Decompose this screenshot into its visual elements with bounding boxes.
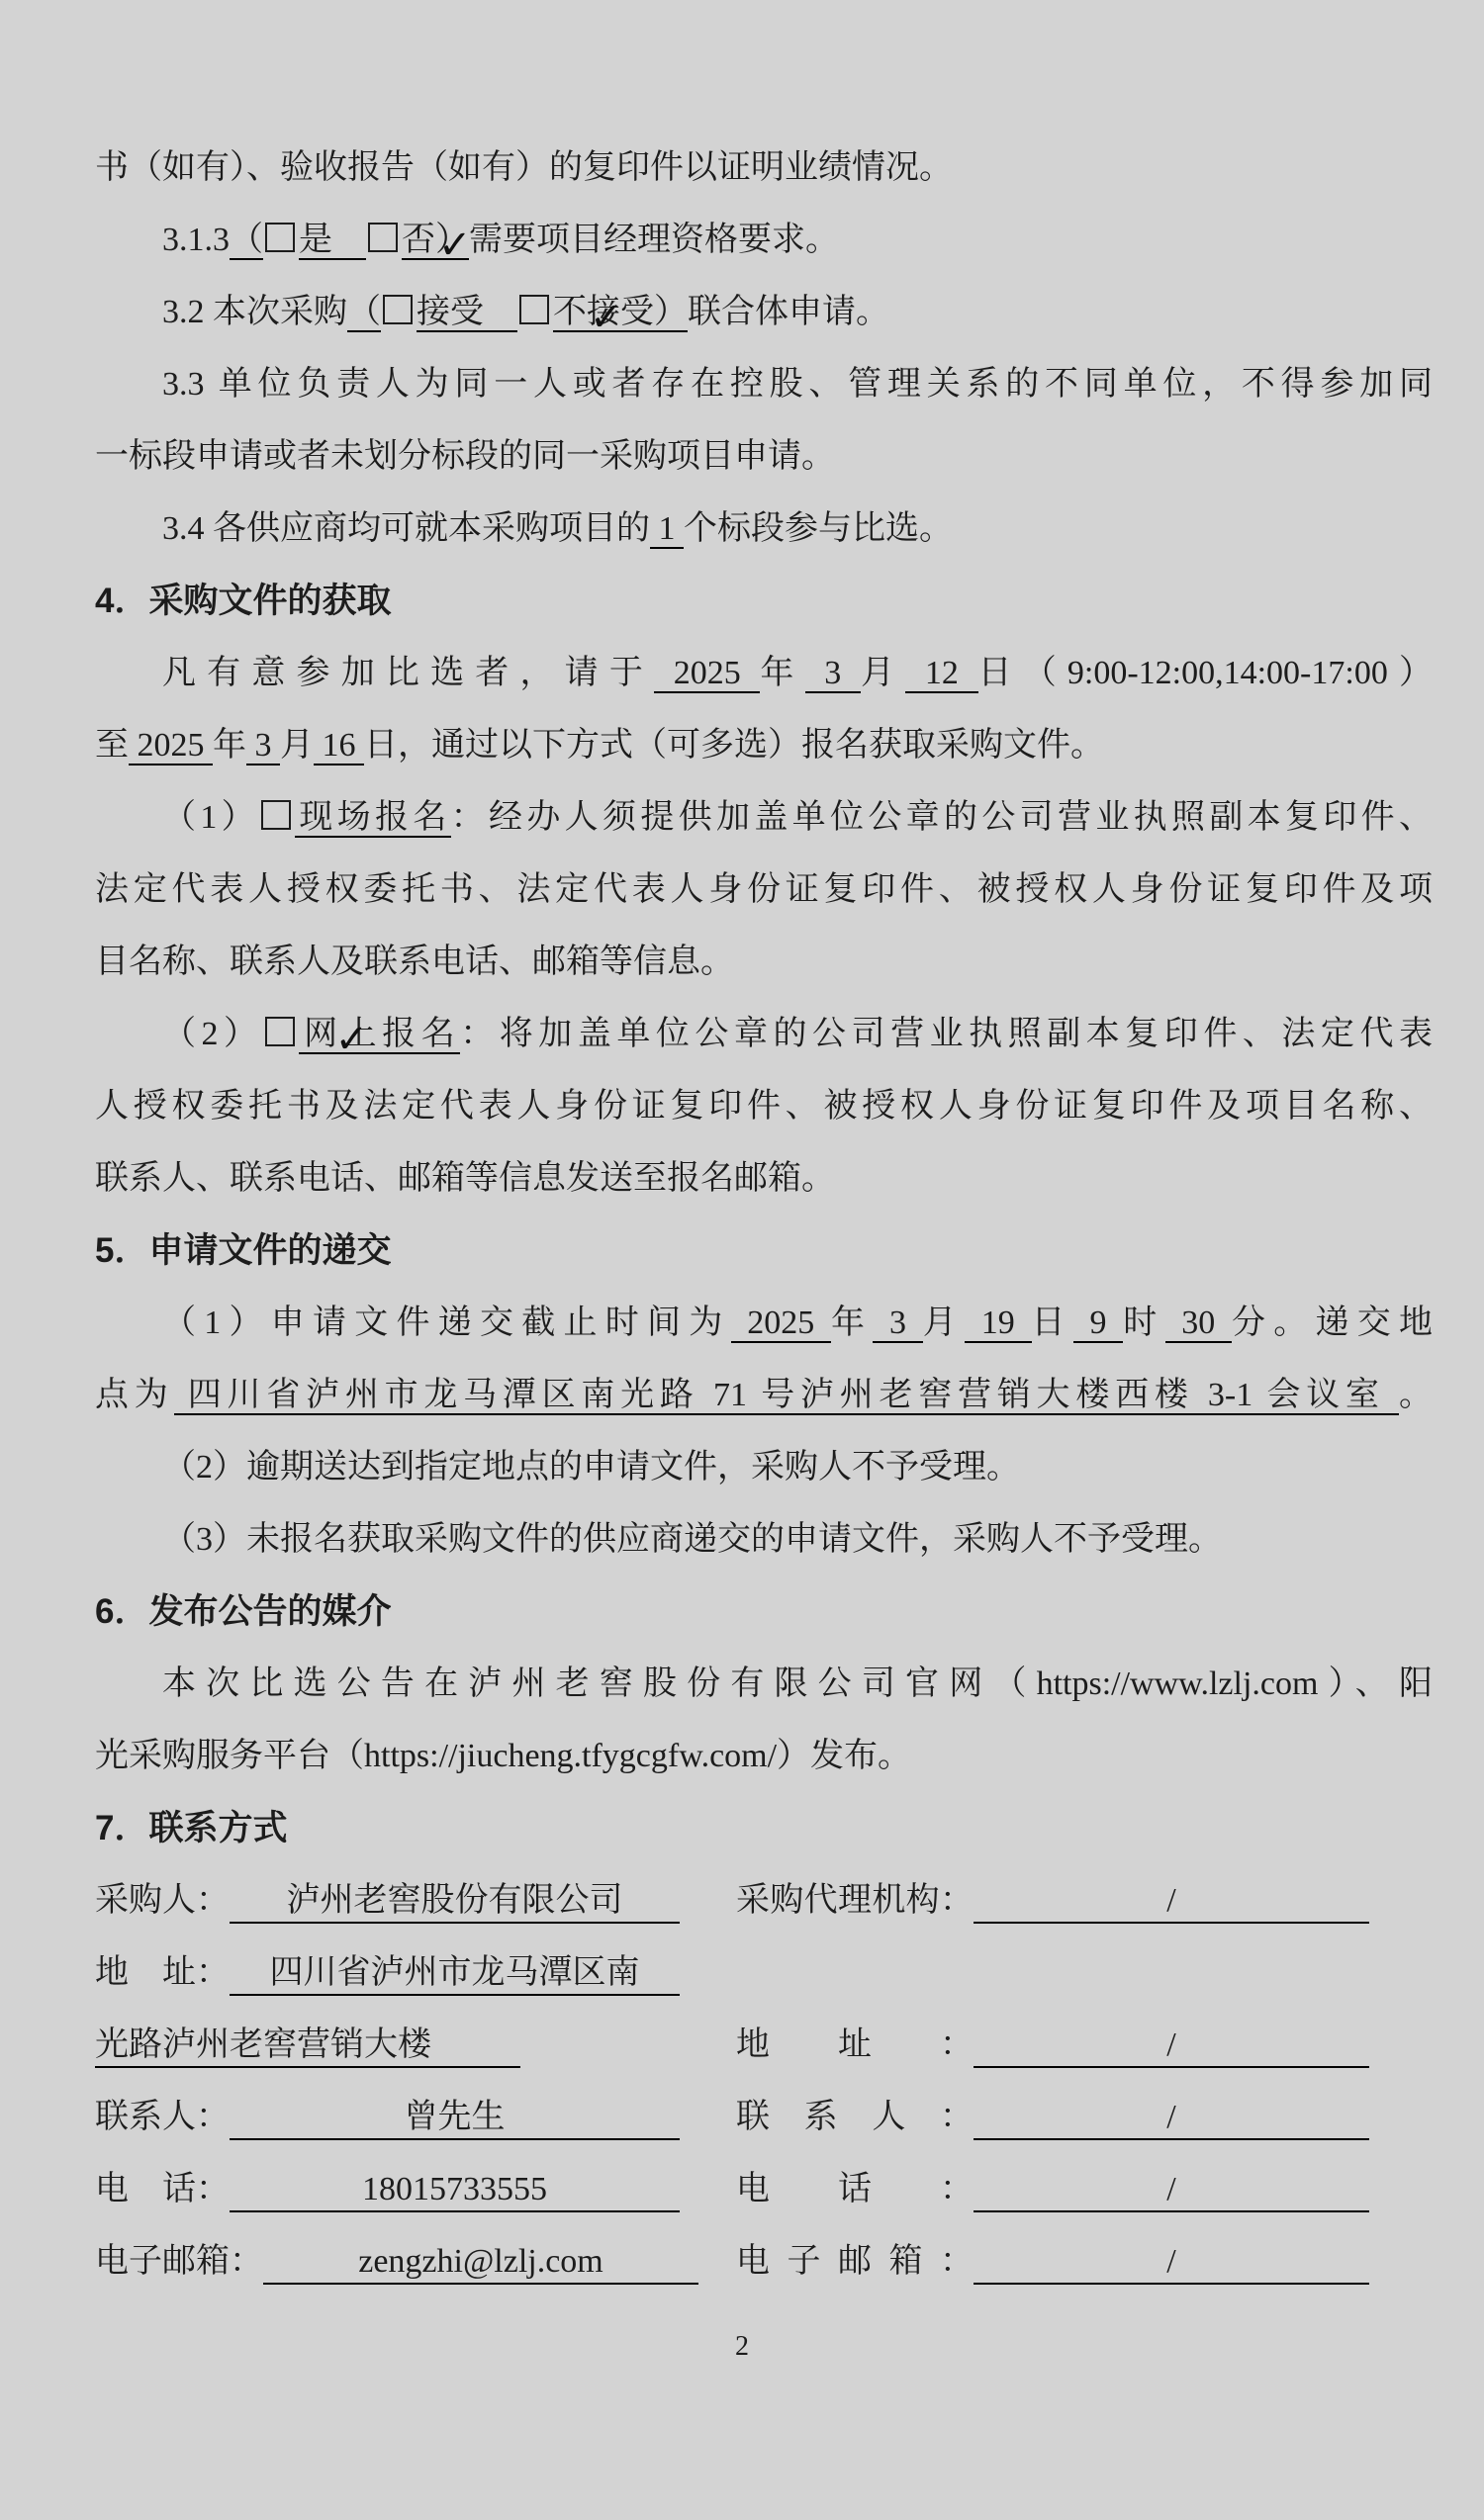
contact-right-cell: 电子邮箱：/: [736, 2225, 1433, 2297]
text-segment: 书（如有）、验收报告（如有）的复印件以证明业绩情况。: [95, 149, 953, 186]
contact-value: 四川省泸州市龙马潭区南: [230, 1952, 680, 1996]
contact-left-cell: 采购人：泸州老窖股份有限公司: [95, 1864, 736, 1936]
text-line: 3.3 单位负责人为同一人或者存在控股、管理关系的不同单位，不得参加同: [95, 348, 1433, 420]
text-line: 法定代表人授权委托书、法定代表人身份证复印件、被授权人身份证复印件及项: [95, 854, 1433, 926]
contact-label: 采购代理机构：: [736, 1864, 974, 1936]
underlined-text: 现场报名: [295, 799, 451, 838]
text-line: 人授权委托书及法定代表人身份证复印件、被授权人身份证复印件及项目名称、: [95, 1070, 1433, 1142]
text-line: 联系人、联系电话、邮箱等信息发送至报名邮箱。: [95, 1142, 1433, 1215]
underlined-text: 2025: [129, 727, 213, 765]
text-segment: 3.2 本次采购: [162, 294, 347, 330]
underlined-text: 1: [650, 510, 684, 549]
contact-blank-value: /: [974, 2097, 1369, 2140]
text-segment: （1）: [162, 799, 259, 836]
underlined-text: 9: [1073, 1305, 1124, 1343]
contact-label: 联系人：: [736, 2081, 974, 2153]
contact-row: 联系人：曾先生联系人：/: [95, 2081, 1433, 2153]
text-line: 3.1.3（是 否）需要项目经理资格要求。: [95, 204, 1433, 276]
contact-row: 采购人：泸州老窖股份有限公司采购代理机构：/: [95, 1864, 1433, 1936]
contact-row: 电子邮箱：zengzhi@lzlj.com电子邮箱：/: [95, 2225, 1433, 2297]
text-line: （1）现场报名：经办人须提供加盖单位公章的公司营业执照副本复印件、: [95, 781, 1433, 854]
underlined-text: 接受: [417, 294, 517, 332]
underlined-text: 3: [873, 1305, 923, 1343]
underlined-text: （: [230, 222, 263, 260]
text-line: （2）网上报名：将加盖单位公章的公司营业执照副本复印件、法定代表: [95, 998, 1433, 1070]
contact-row: 光路泸州老窖营销大楼地址：/: [95, 2009, 1433, 2081]
underlined-text: 是: [299, 222, 366, 260]
text-segment: 3.4 各供应商均可就本采购项目的: [162, 510, 650, 547]
text-segment: 。: [1399, 1377, 1433, 1413]
contact-label: 电 话：: [95, 2171, 230, 2207]
contact-blank-value: /: [974, 2169, 1369, 2212]
text-segment: 目名称、联系人及联系电话、邮箱等信息。: [95, 944, 734, 980]
section-heading: 7．联系方式: [95, 1792, 1433, 1864]
contact-value: 曾先生: [230, 2097, 680, 2140]
contact-right-cell: 联系人：/: [736, 2081, 1433, 2153]
underlined-text: 四川省泸州市龙马潭区南光路 71 号泸州老窖营销大楼西楼 3-1 会议室: [174, 1377, 1399, 1415]
text-segment: 联系人、联系电话、邮箱等信息发送至报名邮箱。: [95, 1160, 835, 1197]
text-segment: 年: [831, 1305, 873, 1341]
text-line: 3.2 本次采购（接受 不接受）联合体申请。: [95, 276, 1433, 348]
contact-left-cell: 电子邮箱：zengzhi@lzlj.com: [95, 2225, 736, 2297]
text-segment: （2）: [162, 1016, 263, 1052]
contact-blank-value: /: [974, 2025, 1369, 2068]
contact-label: 电子邮箱：: [736, 2225, 974, 2297]
contact-label: 地 址：: [95, 1954, 230, 1991]
text-segment: 日（9:00-12:00,14:00-17:00）: [978, 655, 1433, 691]
contact-value: 光路泸州老窖营销大楼: [95, 2025, 520, 2068]
section-heading: 5．申请文件的递交: [95, 1215, 1433, 1287]
checkbox-empty-icon: [383, 295, 413, 324]
contact-blank-value: /: [974, 2241, 1369, 2285]
text-line: 一标段申请或者未划分标段的同一采购项目申请。: [95, 420, 1433, 493]
text-line: 光采购服务平台（https://jiucheng.tfygcgfw.com/）发…: [95, 1720, 1433, 1792]
text-segment: （3）未报名获取采购文件的供应商递交的申请文件，采购人不予受理。: [162, 1521, 1222, 1558]
text-segment: 联合体申请。: [688, 294, 889, 330]
text-segment: 需要项目经理资格要求。: [469, 222, 839, 258]
text-segment: 年: [213, 727, 246, 764]
text-segment: 一标段申请或者未划分标段的同一采购项目申请。: [95, 438, 835, 475]
contact-left-cell: 电 话：18015733555: [95, 2153, 736, 2225]
text-segment: 3.3 单位负责人为同一人或者存在控股、管理关系的不同单位，不得参加同: [162, 366, 1433, 403]
underlined-text: 3: [805, 655, 861, 693]
underlined-text: 19: [965, 1305, 1032, 1343]
text-line: （1）申请文件递交截止时间为 2025 年 3 月 19 日 9 时 30 分。…: [95, 1287, 1433, 1359]
text-line: （3）未报名获取采购文件的供应商递交的申请文件，采购人不予受理。: [95, 1503, 1433, 1575]
contact-label: 电子邮箱：: [95, 2243, 263, 2280]
section-heading: 6．发布公告的媒介: [95, 1575, 1433, 1648]
text-segment: （1）申请文件递交截止时间为: [162, 1305, 731, 1341]
checkbox-checked-icon: [519, 295, 549, 324]
text-line: （2）逾期送达到指定地点的申请文件，采购人不予受理。: [95, 1431, 1433, 1503]
contact-left-cell: 地 址：四川省泸州市龙马潭区南: [95, 1936, 736, 2009]
checkbox-empty-icon: [261, 800, 291, 830]
text-segment: ：将加盖单位公章的公司营业执照副本复印件、法定代表: [460, 1016, 1433, 1052]
contact-value: 泸州老窖股份有限公司: [230, 1880, 680, 1924]
underlined-text: 12: [905, 655, 977, 693]
underlined-text: 30: [1165, 1305, 1233, 1343]
contact-left-cell: 光路泸州老窖营销大楼: [95, 2009, 736, 2081]
text-line: 本次比选公告在泸州老窖股份有限公司官网（https://www.lzlj.com…: [95, 1648, 1433, 1720]
contact-label: 地址：: [736, 2009, 974, 2081]
text-segment: 月: [923, 1305, 965, 1341]
contact-left-cell: 联系人：曾先生: [95, 2081, 736, 2153]
text-line: 书（如有）、验收报告（如有）的复印件以证明业绩情况。: [95, 132, 1433, 204]
contact-right-cell: 采购代理机构：/: [736, 1864, 1433, 1936]
text-segment: 年: [760, 655, 804, 691]
checkbox-checked-icon: [368, 223, 398, 252]
text-segment: 至: [95, 727, 129, 764]
document-page: 书（如有）、验收报告（如有）的复印件以证明业绩情况。3.1.3（是 否）需要项目…: [0, 0, 1484, 2520]
text-segment: 个标段参与比选。: [684, 510, 953, 547]
checkbox-checked-icon: [265, 1017, 295, 1046]
text-segment: 3.1.3: [162, 222, 230, 258]
contact-right-cell: 地址：/: [736, 2009, 1433, 2081]
contact-right-cell: 电话：/: [736, 2153, 1433, 2225]
section-heading: 4．采购文件的获取: [95, 565, 1433, 637]
text-segment: 点为: [95, 1377, 174, 1413]
document-body: 书（如有）、验收报告（如有）的复印件以证明业绩情况。3.1.3（是 否）需要项目…: [0, 0, 1484, 2297]
contact-label: 采购人：: [95, 1882, 230, 1919]
text-line: 凡有意参加比选者，请于 2025 年 3 月 12 日（9:00-12:00,1…: [95, 637, 1433, 709]
text-segment: 人授权委托书及法定代表人身份证复印件、被授权人身份证复印件及项目名称、: [95, 1088, 1433, 1125]
underlined-text: （: [347, 294, 381, 332]
text-segment: （2）逾期送达到指定地点的申请文件，采购人不予受理。: [162, 1449, 1020, 1485]
text-line: 至 2025 年 3 月 16 日，通过以下方式（可多选）报名获取采购文件。: [95, 709, 1433, 781]
text-segment: 分。递交地: [1232, 1305, 1433, 1341]
underlined-text: 3: [246, 727, 280, 765]
text-segment: 法定代表人授权委托书、法定代表人身份证复印件、被授权人身份证复印件及项: [95, 871, 1433, 908]
underlined-text: 16: [314, 727, 364, 765]
text-line: 点为 四川省泸州市龙马潭区南光路 71 号泸州老窖营销大楼西楼 3-1 会议室 …: [95, 1359, 1433, 1431]
contact-blank-value: /: [974, 1880, 1369, 1924]
contact-row: 地 址：四川省泸州市龙马潭区南: [95, 1936, 1433, 2009]
text-segment: ：经办人须提供加盖单位公章的公司营业执照副本复印件、: [451, 799, 1433, 836]
checkbox-empty-icon: [265, 223, 295, 252]
text-segment: 月: [861, 655, 905, 691]
text-segment: 凡有意参加比选者，请于: [162, 655, 654, 691]
contact-value: zengzhi@lzlj.com: [263, 2241, 698, 2285]
text-segment: 月: [280, 727, 314, 764]
contact-label: 联系人：: [95, 2099, 230, 2135]
underlined-text: 2025: [654, 655, 760, 693]
page-number: 2: [0, 2326, 1484, 2368]
contact-label: 电话：: [736, 2153, 974, 2225]
text-segment: 本次比选公告在泸州老窖股份有限公司官网（https://www.lzlj.com…: [162, 1665, 1433, 1702]
text-segment: 光采购服务平台（https://jiucheng.tfygcgfw.com/）发…: [95, 1738, 911, 1774]
text-line: 3.4 各供应商均可就本采购项目的 1 个标段参与比选。: [95, 493, 1433, 565]
underlined-text: 2025: [731, 1305, 832, 1343]
contact-value: 18015733555: [230, 2169, 680, 2212]
contact-row: 电 话：18015733555电话：/: [95, 2153, 1433, 2225]
text-segment: 时: [1123, 1305, 1164, 1341]
text-line: 目名称、联系人及联系电话、邮箱等信息。: [95, 926, 1433, 998]
text-segment: 日: [1032, 1305, 1073, 1341]
text-segment: 日，通过以下方式（可多选）报名获取采购文件。: [364, 727, 1104, 764]
